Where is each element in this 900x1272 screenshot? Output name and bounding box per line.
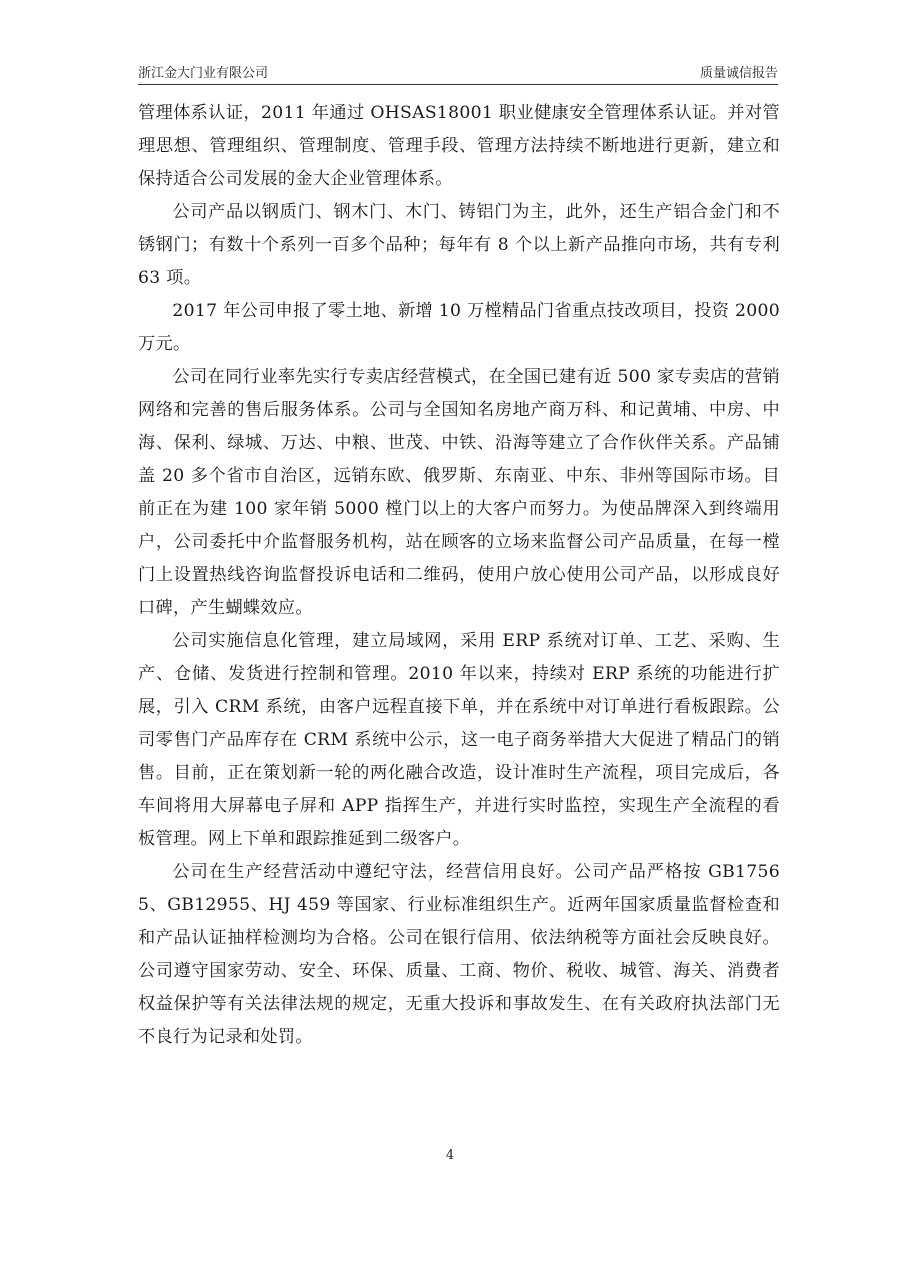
page-header: 浙江金大门业有限公司 质量诚信报告	[138, 62, 778, 85]
header-report-title: 质量诚信报告	[700, 62, 778, 81]
paragraph-informatization: 公司实施信息化管理，建立局域网，采用 ERP 系统对订单、工艺、采购、生产、仓储…	[138, 625, 780, 856]
document-body: 管理体系认证，2011 年通过 OHSAS18001 职业健康安全管理体系认证。…	[138, 97, 780, 1054]
paragraph-sales-network: 公司在同行业率先实行专卖店经营模式，在全国已建有近 500 家专卖店的营销网络和…	[138, 361, 780, 625]
paragraph-2017-project: 2017 年公司申报了零土地、新增 10 万樘精品门省重点技改项目，投资 200…	[138, 295, 780, 361]
paragraph-management-system: 管理体系认证，2011 年通过 OHSAS18001 职业健康安全管理体系认证。…	[138, 97, 780, 196]
page-number: 4	[0, 1148, 900, 1163]
paragraph-products: 公司产品以钢质门、钢木门、木门、铸铝门为主，此外，还生产铝合金门和不锈钢门；有数…	[138, 196, 780, 295]
header-company-name: 浙江金大门业有限公司	[138, 62, 268, 81]
paragraph-compliance: 公司在生产经营活动中遵纪守法，经营信用良好。公司产品严格按 GB17565、GB…	[138, 856, 780, 1054]
